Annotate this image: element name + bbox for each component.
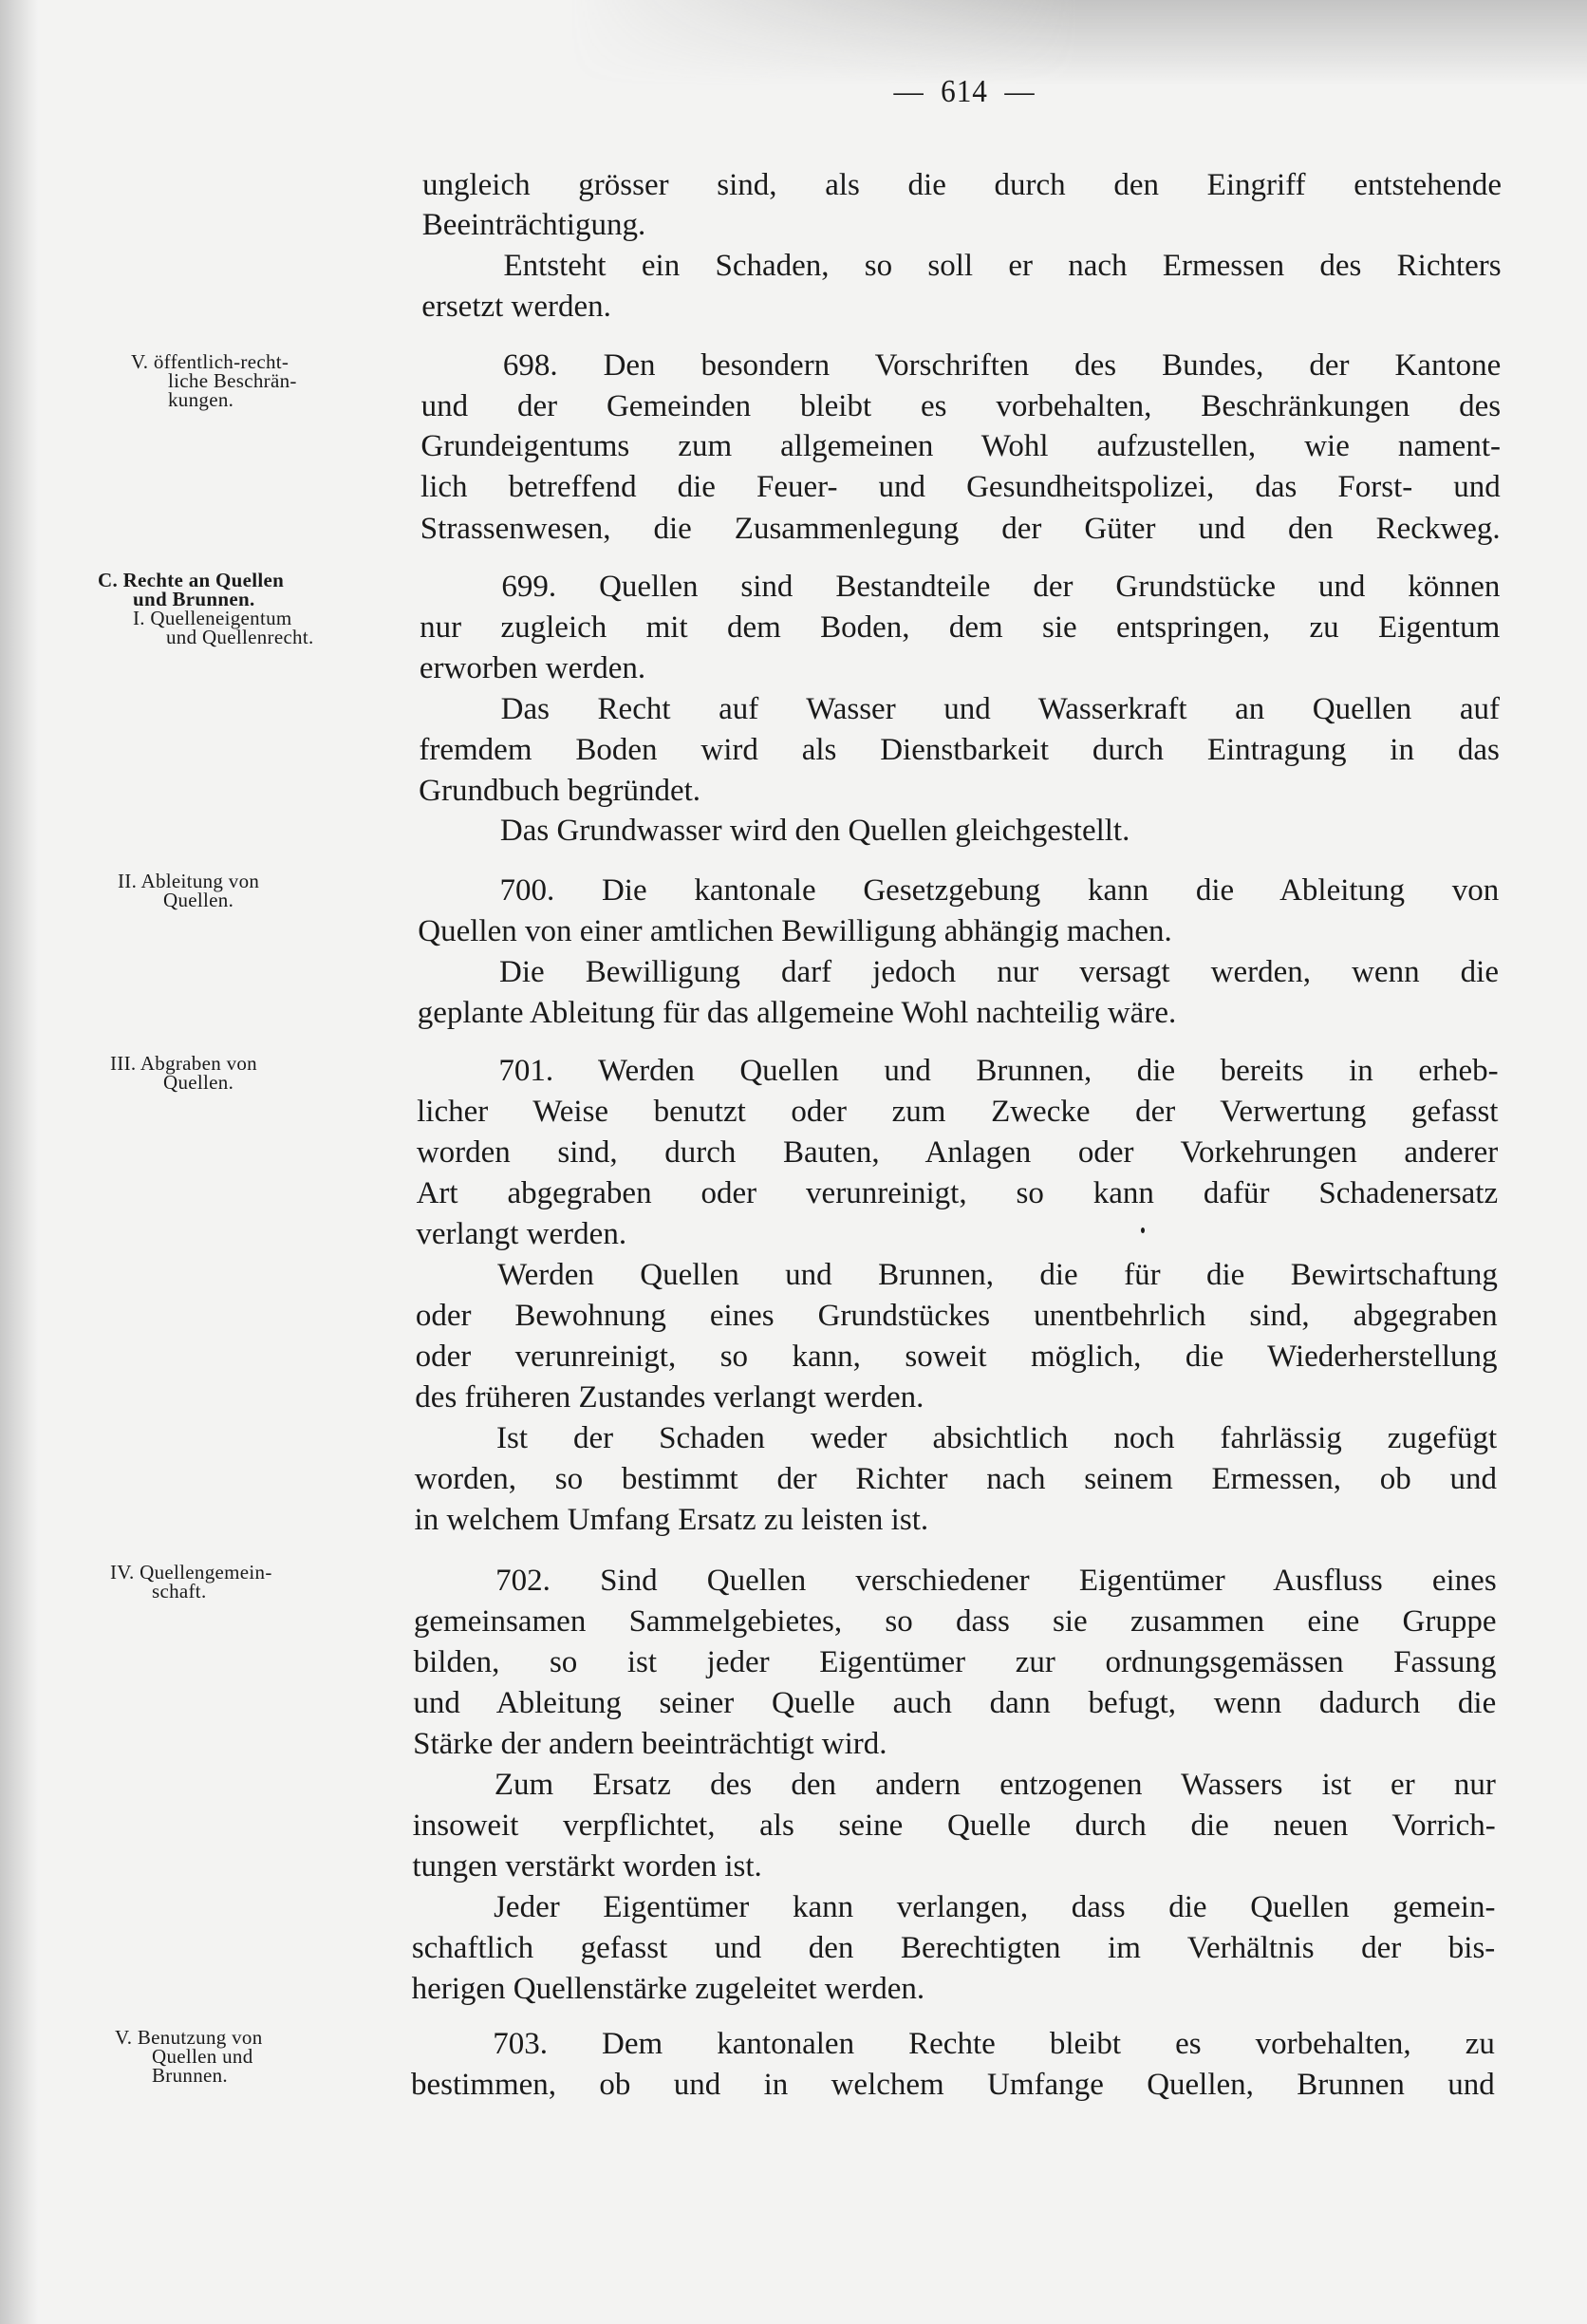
body-text-line: oder Bewohnung eines Grundstückes unentb… bbox=[416, 1297, 1498, 1335]
body-text-line: 702. Sind Quellen verschiedener Eigentüm… bbox=[414, 1562, 1497, 1600]
page-edge-shadow-left bbox=[0, 0, 38, 2324]
body-text-line: Zum Ersatz des den andern entzogenen Was… bbox=[413, 1766, 1496, 1804]
body-text-line: herigen Quellenstärke zugeleitet werden. bbox=[412, 1970, 1496, 2008]
marginal-note-oeffentlich-rechtliche-beschraenkungen: V. öffentlich-recht- bbox=[131, 352, 289, 371]
body-text-line: Quellen von einer amtlichen Bewilligung … bbox=[418, 912, 1499, 950]
marginal-note-quellengemeinschaft: IV. Quellengemein- bbox=[110, 1563, 272, 1582]
body-text-line: Jeder Eigentümer kann verlangen, dass di… bbox=[412, 1888, 1495, 1926]
body-text-line: Grundbuch begründet. bbox=[419, 772, 1500, 810]
body-text-line: Ist der Schaden weder absichtlich noch f… bbox=[415, 1419, 1497, 1457]
marginal-note-benutzung-von-quellen-und-brunnen: Brunnen. bbox=[152, 2066, 228, 2085]
body-text-line: Die Bewilligung darf jedoch nur versagt … bbox=[418, 953, 1499, 991]
body-text-line: tungen verstärkt worden ist. bbox=[412, 1847, 1495, 1885]
body-text-line: Art abgegraben oder verunreinigt, so kan… bbox=[417, 1174, 1499, 1212]
body-text-line: 703. Dem kantonalen Rechte bleibt es vor… bbox=[411, 2025, 1495, 2063]
marginal-note-oeffentlich-rechtliche-beschraenkungen: kungen. bbox=[168, 390, 233, 409]
marginal-note-oeffentlich-rechtliche-beschraenkungen: liche Beschrän- bbox=[168, 371, 297, 390]
body-text-line: und Ableitung seiner Quelle auch dann be… bbox=[413, 1684, 1496, 1722]
body-text-line: 698. Den besondern Vorschriften des Bund… bbox=[421, 347, 1501, 384]
body-text-line: lich betreffend die Feuer- und Gesundhei… bbox=[420, 468, 1501, 506]
marginal-note-rechte-an-quellen: und Quellenrecht. bbox=[166, 628, 314, 647]
body-text-line: Strassenwesen, die Zusammenlegung der Gü… bbox=[420, 510, 1501, 548]
page-edge-shadow-top bbox=[569, 0, 1587, 85]
body-text-line: des früheren Zustandes verlangt werden. bbox=[415, 1378, 1497, 1416]
body-text-line: Das Grundwasser wird den Quellen gleichg… bbox=[419, 812, 1500, 850]
marginal-note-benutzung-von-quellen-und-brunnen: V. Benutzung von bbox=[115, 2028, 263, 2047]
body-text-line: 701. Werden Quellen und Brunnen, die ber… bbox=[417, 1052, 1498, 1090]
body-text-line: schaftlich gefasst und den Berechtigten … bbox=[412, 1929, 1495, 1967]
body-text-line: licher Weise benutzt oder zum Zwecke der… bbox=[417, 1093, 1498, 1131]
body-text-line: fremdem Boden wird als Dienstbarkeit dur… bbox=[419, 731, 1499, 769]
body-text-line: erworben werden. bbox=[420, 649, 1500, 687]
body-text-line: ungleich grösser sind, als die durch den… bbox=[422, 166, 1502, 204]
body-text-line: bestimmen, ob und in welchem Umfange Que… bbox=[411, 2066, 1495, 2104]
marginal-note-rechte-an-quellen: I. Quelleneigentum bbox=[133, 609, 292, 628]
body-text-line: Beeinträchtigung. bbox=[422, 206, 1502, 244]
body-text-line: verlangt werden. bbox=[416, 1215, 1498, 1253]
body-text-line: nur zugleich mit dem Boden, dem sie ents… bbox=[420, 609, 1500, 647]
body-text-line: Das Recht auf Wasser und Wasserkraft an … bbox=[420, 690, 1500, 728]
body-text-line: gemeinsamen Sammelgebietes, so dass sie … bbox=[414, 1602, 1497, 1640]
marginal-note-ableitung-von-quellen: II. Ableitung von bbox=[118, 871, 259, 890]
body-text-line: Grundeigentums zum allgemeinen Wohl aufz… bbox=[420, 427, 1501, 465]
body-text-line: Stärke der andern beeinträchtigt wird. bbox=[413, 1725, 1496, 1763]
body-text-line: Entsteht ein Schaden, so soll er nach Er… bbox=[421, 247, 1501, 285]
print-speck bbox=[1141, 1228, 1145, 1233]
body-text-line: Werden Quellen und Brunnen, die für die … bbox=[416, 1256, 1498, 1294]
body-text-line: bilden, so ist jeder Eigentümer zur ordn… bbox=[414, 1643, 1497, 1681]
marginal-note-ableitung-von-quellen: Quellen. bbox=[163, 890, 233, 909]
body-text-line: und der Gemeinden bleibt es vorbehalten,… bbox=[421, 387, 1502, 425]
marginal-note-rechte-an-quellen: und Brunnen. bbox=[133, 590, 255, 609]
body-text-line: worden sind, durch Bauten, Anlagen oder … bbox=[417, 1134, 1498, 1171]
body-text-line: worden, so bestimmt der Richter nach sei… bbox=[415, 1460, 1497, 1498]
marginal-note-rechte-an-quellen: C. Rechte an Quellen bbox=[98, 571, 284, 590]
body-text-line: oder verunreinigt, so kann, soweit mögli… bbox=[416, 1338, 1498, 1376]
body-text-line: 700. Die kantonale Gesetzgebung kann die… bbox=[419, 871, 1500, 909]
body-text-line: 699. Quellen sind Bestandteile der Grund… bbox=[420, 568, 1500, 606]
marginal-note-abgraben-von-quellen: III. Abgraben von bbox=[110, 1054, 257, 1073]
page-number: — 614 — bbox=[77, 74, 1587, 110]
body-text-line: insoweit verpflichtet, als seine Quelle … bbox=[413, 1807, 1496, 1845]
body-text-line: in welchem Umfang Ersatz zu leisten ist. bbox=[415, 1501, 1497, 1539]
marginal-note-benutzung-von-quellen-und-brunnen: Quellen und bbox=[152, 2047, 253, 2066]
body-text-line: geplante Ableitung für das allgemeine Wo… bbox=[418, 994, 1499, 1032]
body-text-line: ersetzt werden. bbox=[421, 288, 1501, 326]
marginal-note-quellengemeinschaft: schaft. bbox=[152, 1582, 207, 1601]
marginal-note-abgraben-von-quellen: Quellen. bbox=[163, 1073, 233, 1092]
